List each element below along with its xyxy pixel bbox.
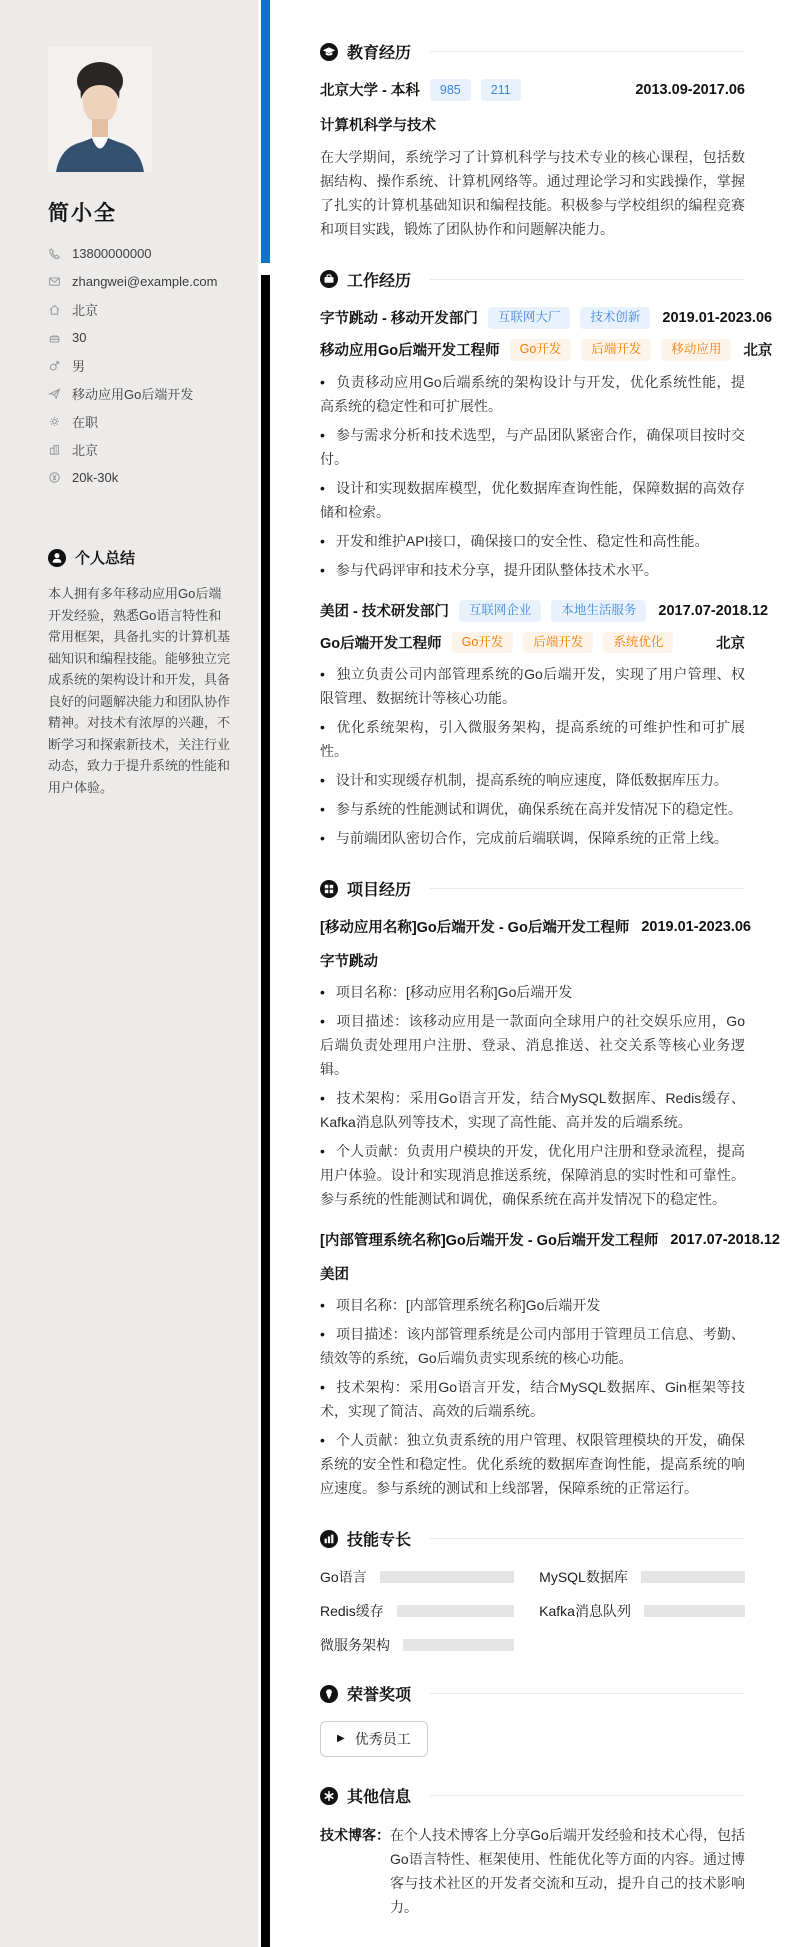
skill-bar-track [380,1571,514,1583]
bullet-dot: • [320,1432,325,1448]
contact-city-value: 北京 [72,440,98,459]
job-1-company: 字节跳动 - 移动开发部门 [320,307,478,328]
profile-photo [48,47,152,172]
job-1-date: 2019.01-2023.06 [650,310,772,326]
tech-blog-row: 技术博客： 在个人技术博客上分享Go后端开发经验和技术心得，包括Go语言特性、框… [320,1823,745,1919]
job-2-role: Go后端开发工程师 [320,632,442,653]
honor-item-label: 优秀员工 [355,1729,411,1749]
education-date: 2013.09-2017.06 [623,82,745,98]
project-1-name: [移动应用名称]Go后端开发 - Go后端开发工程师 [320,916,629,937]
contact-gender-value: 男 [72,356,85,375]
section-rule [430,1538,745,1539]
expand-triangle-icon: ▶ [337,1734,345,1744]
project-entry-2: [内部管理系统名称]Go后端开发 - Go后端开发工程师 2017.07-201… [320,1229,745,1500]
skill-label: Go语言 [320,1567,367,1587]
bullet-dot: • [320,1013,325,1029]
contact-salary: 20k-30k [48,468,232,487]
summary-header: 个人总结 [48,547,232,568]
company-badge: 本地生活服务 [551,600,646,622]
contact-age-value: 30 [72,330,86,345]
bullet-item: •独立负责公司内部管理系统的Go后端开发，实现了用户管理、权限管理、数据统计等核… [320,662,745,710]
bullet-dot: • [320,1326,325,1342]
role-badge: Go开发 [452,632,514,654]
bullet-item: •项目描述：该内部管理系统是公司内部用于管理员工信息、考勤、绩效等的系统，Go后… [320,1322,745,1370]
honor-item-chip[interactable]: ▶ 优秀员工 [320,1721,428,1757]
contact-city: 北京 [48,440,232,459]
building-icon [48,443,61,456]
education-section: 教育经历 北京大学 - 本科 985 211 2013.09-2017.06 计… [320,40,745,241]
role-badge: 后端开发 [581,339,651,361]
contact-email-value: zhangwei@example.com [72,274,217,289]
company-badge: 技术创新 [580,307,650,329]
home-icon [48,303,61,316]
role-badge: 后端开发 [523,632,593,654]
bullet-item: •设计和实现数据库模型，优化数据库查询性能，保障数据的高效存储和检索。 [320,476,745,524]
bar-chart-icon [320,1530,338,1548]
project-1-company: 字节跳动 [320,950,745,971]
bullet-item: •个人贡献：负责用户模块的开发，优化用户注册和登录流程，提高用户体验。设计和实现… [320,1139,745,1211]
candidate-name: 简小全 [48,197,232,227]
skill-microservice: 微服务架构 [320,1635,514,1655]
job-1-location: 北京 [731,339,772,360]
other-info-section: 其他信息 技术博客： 在个人技术博客上分享Go后端开发经验和技术心得，包括Go语… [320,1784,745,1919]
scroll-indicator-thumb[interactable] [261,0,270,263]
scroll-indicator [258,0,270,1947]
project-1-bullets: •项目名称：[移动应用名称]Go后端开发 •项目描述：该移动应用是一款面向全球用… [320,980,745,1211]
projects-section-title: 项目经历 [347,877,411,900]
honors-section: 荣誉奖项 ▶ 优秀员工 [320,1682,745,1757]
job-2-company: 美团 - 技术研发部门 [320,600,449,621]
phone-icon [48,247,61,260]
bullet-item: •个人贡献：独立负责系统的用户管理、权限管理模块的开发，确保系统的安全性和稳定性… [320,1428,745,1500]
projects-section: 项目经历 [移动应用名称]Go后端开发 - Go后端开发工程师 2019.01-… [320,877,745,1500]
skills-section-header: 技能专长 [320,1527,745,1550]
section-rule [430,1795,745,1796]
tech-blog-label: 技术博客： [320,1823,390,1919]
projects-section-header: 项目经历 [320,877,745,900]
mail-icon [48,275,61,288]
honors-section-header: 荣誉奖项 [320,1682,745,1705]
contact-job-status-value: 在职 [72,412,98,431]
bullet-item: •设计和实现缓存机制，提高系统的响应速度，降低数据库压力。 [320,768,745,792]
skill-redis: Redis缓存 [320,1601,514,1621]
contact-list: 13800000000 zhangwei@example.com 北京 30 男… [48,244,232,487]
education-description: 在大学期间，系统学习了计算机科学与技术专业的核心课程，包括数据结构、操作系统、计… [320,145,745,241]
resume-main: 教育经历 北京大学 - 本科 985 211 2013.09-2017.06 计… [270,0,794,1947]
education-entry-header: 北京大学 - 本科 985 211 2013.09-2017.06 [320,79,745,101]
bullet-dot: • [320,427,325,443]
bullet-item: •开发和维护API接口，确保接口的安全性、稳定性和高性能。 [320,529,745,553]
bullet-item: •技术架构：采用Go语言开发，结合MySQL数据库、Gin框架等技术，实现了简洁… [320,1375,745,1423]
honors-section-title: 荣誉奖项 [347,1682,411,1705]
bullet-dot: • [320,533,325,549]
section-rule [430,279,745,280]
skill-kafka: Kafka消息队列 [539,1601,745,1621]
skills-section: 技能专长 Go语言 MySQL数据库 Redis缓存 Kafka消息队列 [320,1527,745,1655]
bullet-dot: • [320,480,325,496]
skill-label: 微服务架构 [320,1635,390,1655]
major-name: 计算机科学与技术 [320,114,745,135]
contact-gender: 男 [48,356,232,375]
contact-email: zhangwei@example.com [48,272,232,291]
job-entry-1: 字节跳动 - 移动开发部门 互联网大厂 技术创新 2019.01-2023.06… [320,307,745,582]
job-status-icon [48,415,61,428]
graduation-cap-icon [320,43,338,61]
project-1-date: 2019.01-2023.06 [629,919,751,935]
work-section: 工作经历 字节跳动 - 移动开发部门 互联网大厂 技术创新 2019.01-20… [320,268,745,851]
skill-label: MySQL数据库 [539,1567,628,1587]
skill-bar-track [644,1605,745,1617]
contact-age: 30 [48,328,232,347]
job-1-role-row: 移动应用Go后端开发工程师 Go开发 后端开发 移动应用 北京 [320,339,745,361]
scroll-indicator-track[interactable] [261,275,270,1947]
bullet-dot: • [320,374,325,390]
job-1-company-row: 字节跳动 - 移动开发部门 互联网大厂 技术创新 2019.01-2023.06 [320,307,745,329]
company-badge: 互联网企业 [459,600,542,622]
summary-text: 本人拥有多年移动应用Go后端开发经验，熟悉Go语言特性和常用框架，具备扎实的计算… [48,583,232,798]
contact-location: 北京 [48,300,232,319]
company-badge: 互联网大厂 [488,307,571,329]
bullet-item: •项目名称：[移动应用名称]Go后端开发 [320,980,745,1004]
bullet-dot: • [320,772,325,788]
other-info-section-title: 其他信息 [347,1784,411,1807]
bullet-dot: • [320,1379,325,1395]
skills-section-title: 技能专长 [347,1527,411,1550]
contact-location-value: 北京 [72,300,98,319]
bullet-dot: • [320,719,325,735]
summary-title: 个人总结 [75,547,135,568]
bullet-item: •项目描述：该移动应用是一款面向全球用户的社交娱乐应用，Go后端负责处理用户注册… [320,1009,745,1081]
contact-phone-value: 13800000000 [72,246,152,261]
bullet-dot: • [320,984,325,1000]
school-badge-985: 985 [430,79,471,101]
skills-grid: Go语言 MySQL数据库 Redis缓存 Kafka消息队列 微服务架构 [320,1567,745,1655]
skill-go: Go语言 [320,1567,514,1587]
bullet-dot: • [320,666,325,682]
job-2-company-row: 美团 - 技术研发部门 互联网企业 本地生活服务 2017.07-2018.12 [320,600,745,622]
work-section-title: 工作经历 [347,268,411,291]
project-2-name: [内部管理系统名称]Go后端开发 - Go后端开发工程师 [320,1229,658,1250]
bullet-item: •参与系统的性能测试和调优，确保系统在高并发情况下的稳定性。 [320,797,745,821]
contact-salary-value: 20k-30k [72,470,118,485]
skill-bar-track [641,1571,745,1583]
person-icon [48,549,66,567]
skill-label: Kafka消息队列 [539,1601,631,1621]
bullet-item: •与前端团队密切合作，完成前后端联调，保障系统的正常上线。 [320,826,745,850]
section-rule [430,888,745,889]
age-icon [48,331,61,344]
asterisk-icon [320,1787,338,1805]
project-entry-1: [移动应用名称]Go后端开发 - Go后端开发工程师 2019.01-2023.… [320,916,745,1211]
bullet-dot: • [320,1143,325,1159]
contact-position-value: 移动应用Go后端开发 [72,384,193,403]
skill-bar-track [397,1605,514,1617]
section-rule [430,51,745,52]
medal-icon [320,1685,338,1703]
job-2-bullets: •独立负责公司内部管理系统的Go后端开发，实现了用户管理、权限管理、数据统计等核… [320,662,745,850]
summary-section: 个人总结 本人拥有多年移动应用Go后端开发经验，熟悉Go语言特性和常用框架，具备… [48,547,232,798]
job-1-bullets: •负责移动应用Go后端系统的架构设计与开发，优化系统性能，提高系统的稳定性和可扩… [320,370,745,582]
bullet-item: •负责移动应用Go后端系统的架构设计与开发，优化系统性能，提高系统的稳定性和可扩… [320,370,745,418]
gender-icon [48,359,61,372]
job-2-location: 北京 [704,632,745,653]
bullet-item: •参与代码评审和技术分享，提升团队整体技术水平。 [320,558,745,582]
school-badge-211: 211 [481,79,521,101]
project-1-header: [移动应用名称]Go后端开发 - Go后端开发工程师 2019.01-2023.… [320,916,745,937]
section-rule [430,1693,745,1694]
work-section-header: 工作经历 [320,268,745,291]
role-badge: 系统优化 [603,632,673,654]
project-2-company: 美团 [320,1263,745,1284]
job-2-date: 2017.07-2018.12 [646,603,768,619]
sidebar: 简小全 13800000000 zhangwei@example.com 北京 … [0,0,258,1947]
role-badge: 移动应用 [661,339,731,361]
bullet-dot: • [320,801,325,817]
skill-label: Redis缓存 [320,1601,384,1621]
school-name: 北京大学 - 本科 [320,79,420,100]
project-2-header: [内部管理系统名称]Go后端开发 - Go后端开发工程师 2017.07-201… [320,1229,745,1250]
skill-mysql: MySQL数据库 [539,1567,745,1587]
contact-job-status: 在职 [48,412,232,431]
project-2-bullets: •项目名称：[内部管理系统名称]Go后端开发 •项目描述：该内部管理系统是公司内… [320,1293,745,1500]
job-1-role: 移动应用Go后端开发工程师 [320,339,500,360]
bullet-dot: • [320,1090,325,1106]
role-badge: Go开发 [510,339,572,361]
salary-icon [48,471,61,484]
bullet-dot: • [320,830,325,846]
project-2-date: 2017.07-2018.12 [658,1232,780,1248]
education-section-title: 教育经历 [347,40,411,63]
resume-page: 简小全 13800000000 zhangwei@example.com 北京 … [0,0,794,1947]
position-icon [48,387,61,400]
education-section-header: 教育经历 [320,40,745,63]
bullet-item: •优化系统架构，引入微服务架构，提高系统的可维护性和可扩展性。 [320,715,745,763]
bullet-dot: • [320,562,325,578]
other-info-section-header: 其他信息 [320,1784,745,1807]
bullet-dot: • [320,1297,325,1313]
skill-bar-track [403,1639,514,1651]
job-2-role-row: Go后端开发工程师 Go开发 后端开发 系统优化 北京 [320,632,745,654]
job-entry-2: 美团 - 技术研发部门 互联网企业 本地生活服务 2017.07-2018.12… [320,600,745,851]
grid-icon [320,880,338,898]
bullet-item: •参与需求分析和技术选型，与产品团队紧密合作，确保项目按时交付。 [320,423,745,471]
contact-position: 移动应用Go后端开发 [48,384,232,403]
bullet-item: •项目名称：[内部管理系统名称]Go后端开发 [320,1293,745,1317]
contact-phone: 13800000000 [48,244,232,263]
bullet-item: •技术架构：采用Go语言开发，结合MySQL数据库、Redis缓存、Kafka消… [320,1086,745,1134]
tech-blog-text: 在个人技术博客上分享Go后端开发经验和技术心得，包括Go语言特性、框架使用、性能… [390,1823,745,1919]
briefcase-icon [320,270,338,288]
